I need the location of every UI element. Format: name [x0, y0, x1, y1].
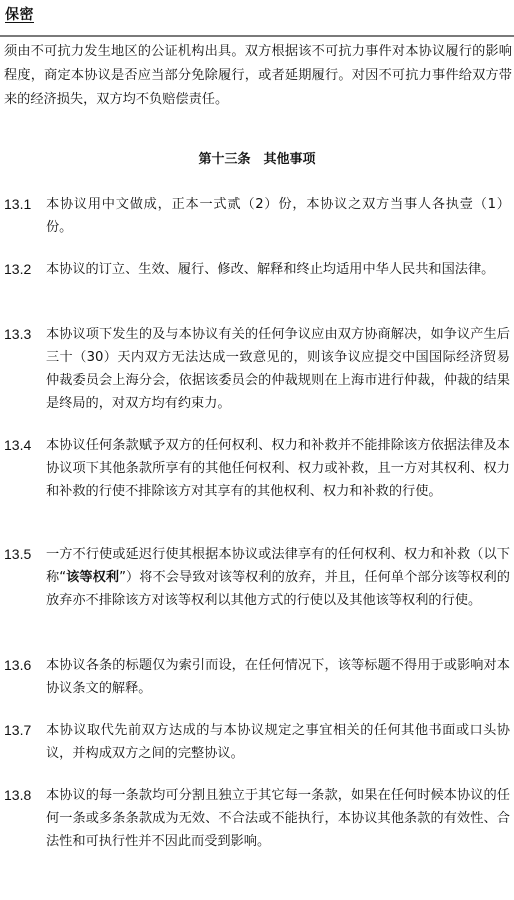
clause-number: 13.8: [4, 784, 31, 807]
clause-number: 13.2: [4, 258, 31, 281]
clause-number: 13.5: [4, 543, 31, 566]
clause-text: 本协议各条的标题仅为索引而设，在任何情况下，该等标题不得用于或影响对本协议条文的…: [46, 654, 510, 700]
clause-text: 本协议的订立、生效、履行、修改、解释和终止均适用中华人民共和国法律。: [46, 258, 510, 281]
page-header-title: 保密: [5, 4, 34, 24]
header-divider: [0, 35, 514, 37]
clause-number: 13.7: [4, 719, 31, 742]
clause-text: 本协议项下发生的及与本协议有关的任何争议应由双方协商解决，如争议产生后三十（30…: [46, 323, 510, 415]
clause-number: 13.4: [4, 434, 31, 457]
clause-text: 一方不行使或延迟行使其根据本协议或法律享有的任何权利、权力和补救（以下称“该等权…: [46, 543, 510, 612]
intro-paragraph: 须由不可抗力发生地区的公证机构出具。双方根据该不可抗力事件对本协议履行的影响程度…: [4, 40, 512, 112]
clause-number: 13.1: [4, 193, 31, 216]
clause-number: 13.3: [4, 323, 31, 346]
clause-text: 本协议取代先前双方达成的与本协议规定之事宜相关的任何其他书面或口头协议，并构成双…: [46, 719, 510, 765]
article-title: 第十三条 其他事项: [0, 148, 514, 167]
clause-text: 本协议的每一条款均可分割且独立于其它每一条款，如果在任何时候本协议的任何一条或多…: [46, 784, 510, 853]
clause-text: 本协议用中文做成，正本一式贰（2）份，本协议之双方当事人各执壹（1）份。: [46, 193, 510, 239]
clause-text: 本协议任何条款赋予双方的任何权利、权力和补救并不能排除该方依据法律及本协议项下其…: [46, 434, 510, 503]
defined-term: 该等权利: [66, 570, 119, 585]
clause-number: 13.6: [4, 654, 31, 677]
